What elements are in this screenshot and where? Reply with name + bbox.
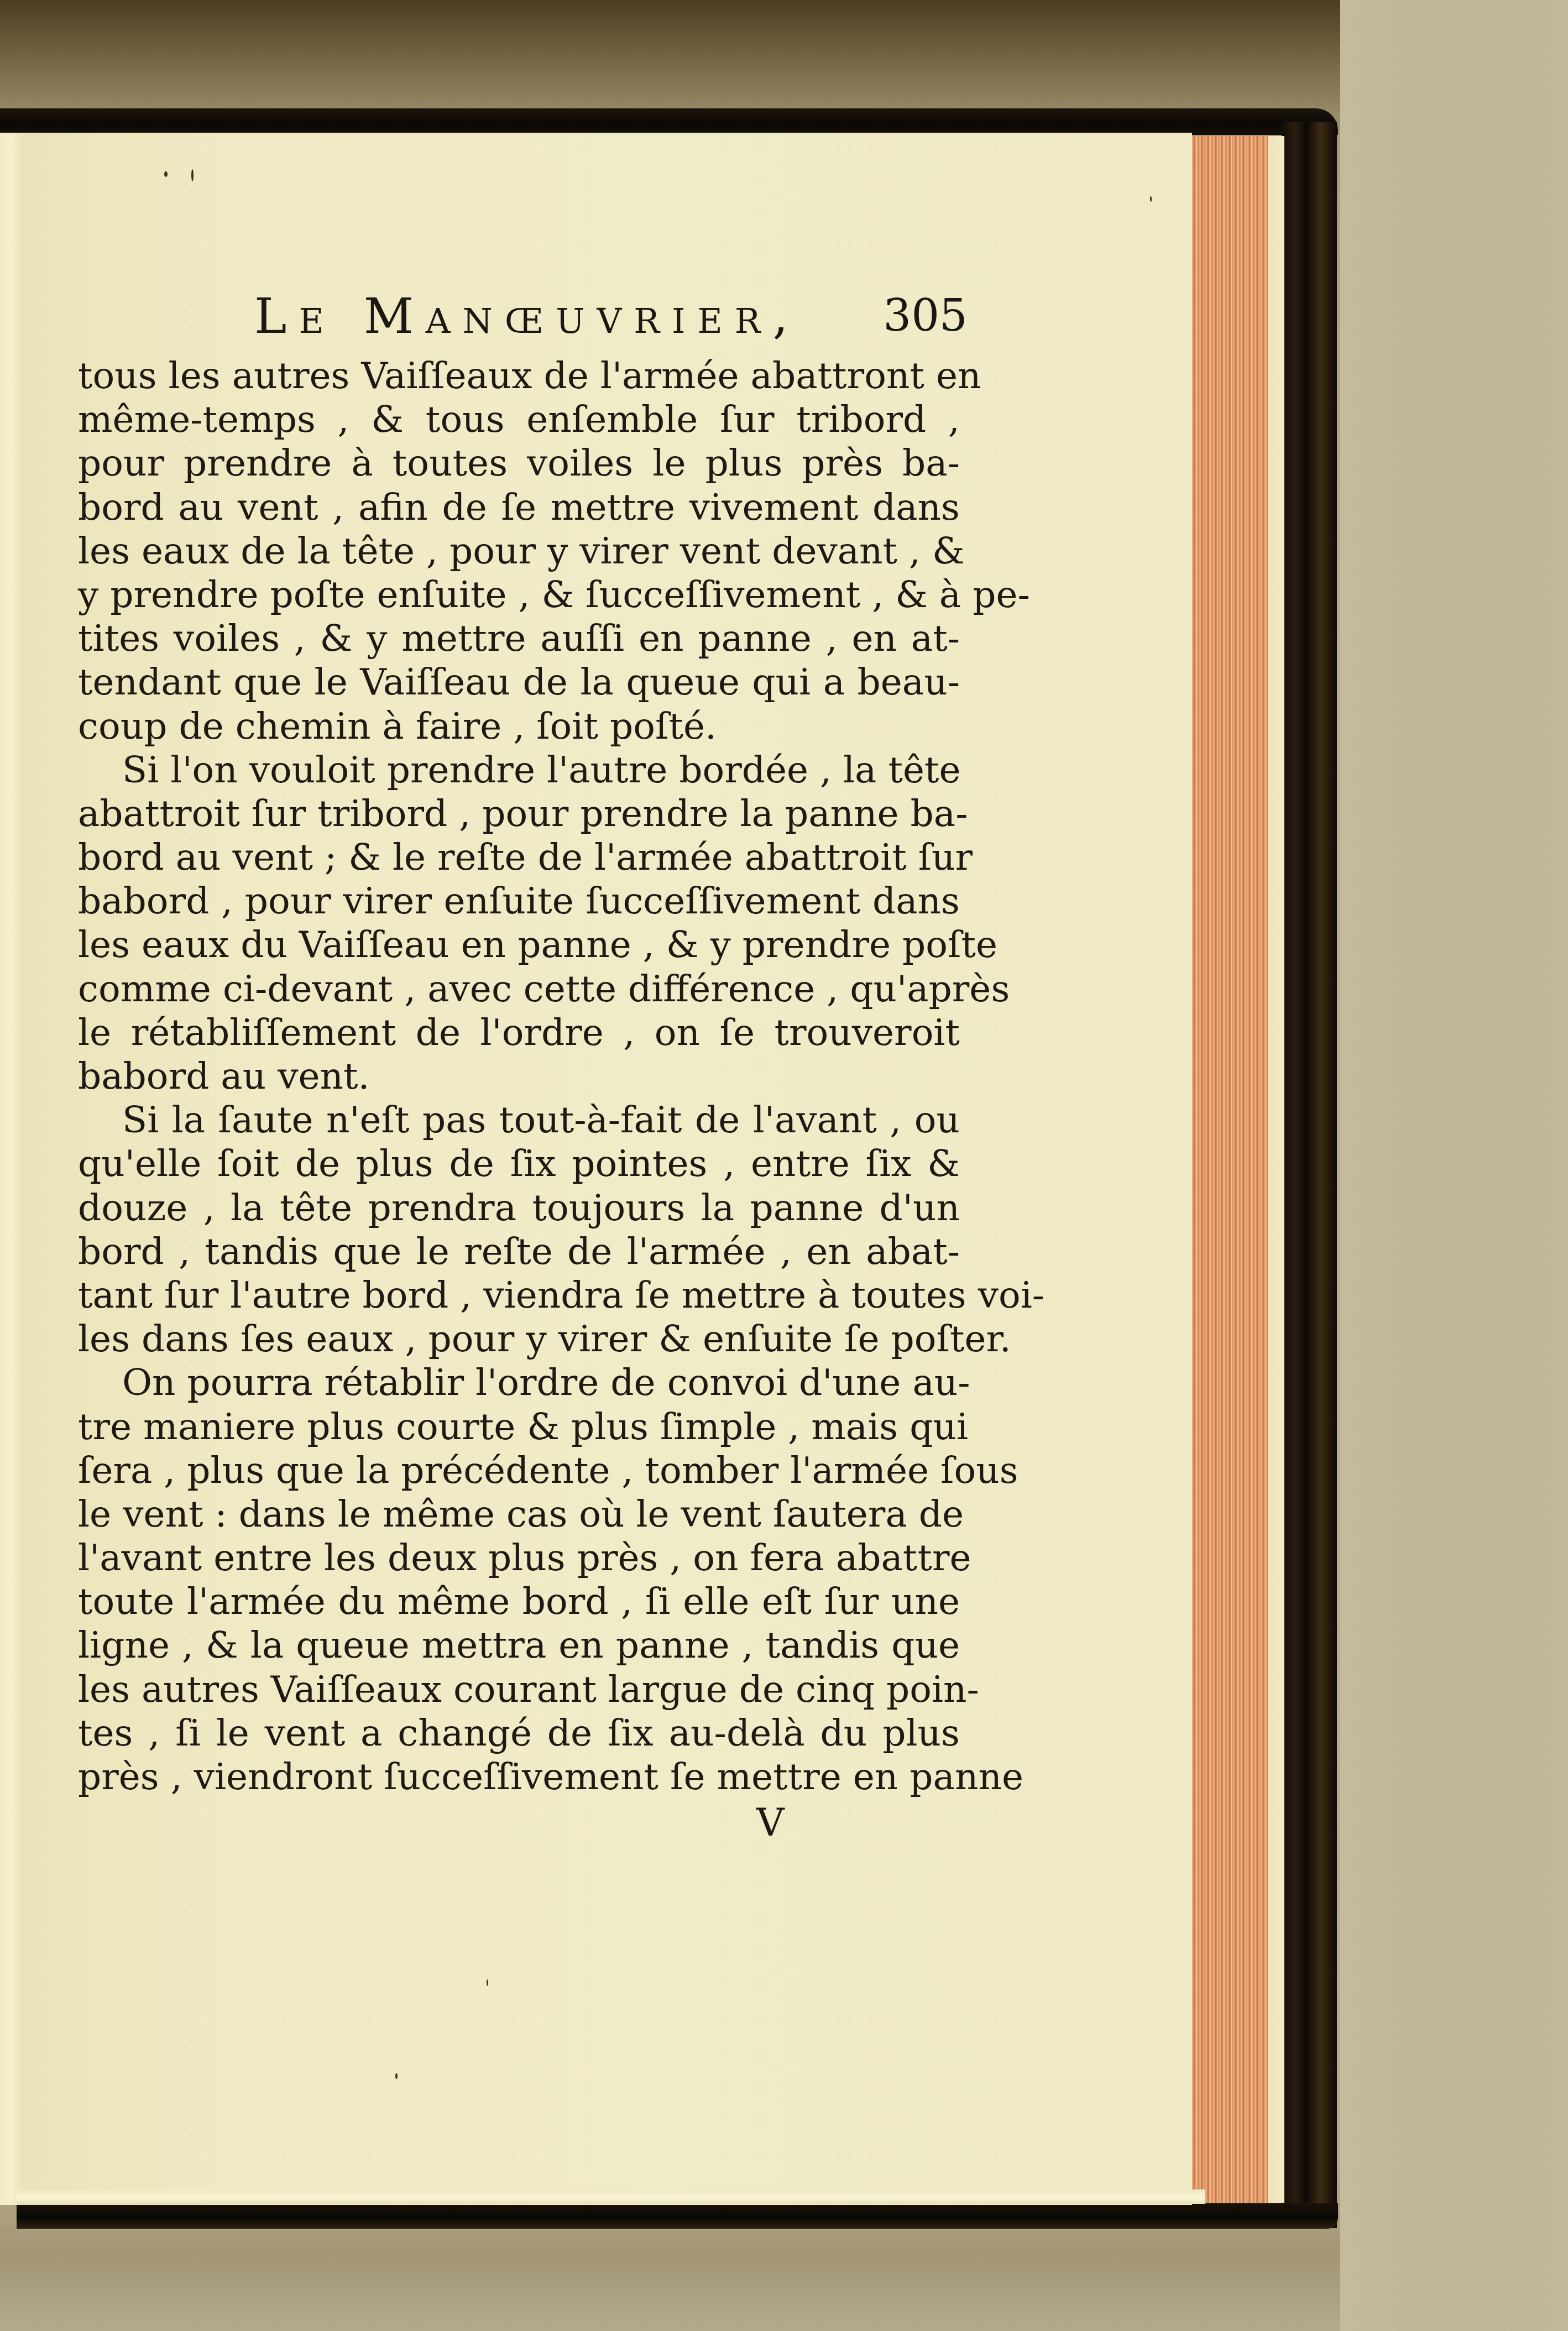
body-text: tous les autres Vaiſſeaux de l'armée aba…: [78, 354, 960, 1799]
book-cover-bottom-edge: [17, 2203, 1338, 2229]
paper-speck: [191, 169, 194, 181]
text-line: pour prendre à toutes voiles le plus prè…: [78, 441, 960, 485]
text-line: comme ci-devant , avec cette différence …: [78, 967, 960, 1011]
paper-speck: [1150, 196, 1152, 202]
page-block-red-edges: [1190, 136, 1284, 2203]
text-line: bord , tandis que le reſte de l'armée , …: [78, 1230, 960, 1273]
paper-speck: [395, 2073, 398, 2079]
book-cover-fore-edge: [1282, 122, 1337, 2228]
text-line: bord au vent , afin de ſe mettre vivemen…: [78, 485, 960, 529]
text-line: les autres Vaiſſeaux courant largue de c…: [78, 1668, 960, 1711]
text-line: le vent : dans le même cas où le vent ſa…: [78, 1492, 960, 1536]
text-line: tendant que le Vaiſſeau de la queue qui …: [78, 660, 960, 704]
text-line: le rétabliſſement de l'ordre , on ſe tro…: [78, 1011, 960, 1054]
text-line: toute l'armée du même bord , ſi elle eſt…: [78, 1580, 960, 1623]
text-line: tous les autres Vaiſſeaux de l'armée aba…: [78, 354, 960, 398]
page-bottom-edge: [17, 2189, 1205, 2204]
text-line: qu'elle ſoit de plus de ſix pointes , en…: [78, 1142, 960, 1185]
text-line: les eaux de la tête , pour y virer vent …: [78, 529, 960, 573]
paper-speck: [487, 1979, 488, 1986]
text-line: tes , ſi le vent a changé de ſix au-delà…: [78, 1711, 960, 1755]
paper-speck: [164, 171, 168, 177]
text-line: les eaux du Vaiſſeau en panne , & y pren…: [78, 923, 960, 966]
running-head: Le Manœuvrier, 305: [254, 288, 968, 343]
text-line: même-temps , & tous enſemble ſur tribord…: [78, 398, 960, 441]
book-cover-top-edge: [0, 108, 1338, 135]
text-line: abattroit ſur tribord , pour prendre la …: [78, 792, 960, 835]
text-line: l'avant entre les deux plus près , on fe…: [78, 1536, 960, 1580]
running-title: Le Manœuvrier,: [254, 288, 800, 344]
text-line: ſera , plus que la précédente , tomber l…: [78, 1449, 960, 1492]
signature-mark: V: [756, 1800, 785, 1845]
text-line: tant ſur l'autre bord , viendra ſe mettr…: [78, 1273, 960, 1317]
text-line: Si l'on vouloit prendre l'autre bordée ,…: [78, 748, 960, 792]
text-line: bord au vent ; & le reſte de l'armée aba…: [78, 835, 960, 879]
text-line: babord au vent.: [78, 1054, 960, 1098]
text-line: tre maniere plus courte & plus ſimple , …: [78, 1405, 960, 1449]
text-line: tites voiles , & y mettre auſſi en panne…: [78, 616, 960, 660]
text-line: coup de chemin à faire , ſoit poſté.: [78, 704, 960, 748]
page-number: 305: [883, 290, 968, 341]
text-line: ligne , & la queue mettra en panne , tan…: [78, 1623, 960, 1667]
text-line: On pourra rétablir l'ordre de convoi d'u…: [78, 1361, 960, 1404]
text-line: y prendre poſte enſuite , & ſucceſſiveme…: [78, 573, 960, 616]
text-line: près , viendront ſucceſſivement ſe mettr…: [78, 1755, 960, 1799]
text-line: douze , la tête prendra toujours la pann…: [78, 1186, 960, 1230]
text-line: babord , pour virer enſuite ſucceſſiveme…: [78, 879, 960, 923]
text-line: les dans ſes eaux , pour y virer & enſui…: [78, 1317, 960, 1361]
text-line: Si la ſaute n'eſt pas tout-à-fait de l'a…: [78, 1098, 960, 1142]
background-surface: [1340, 0, 1568, 2331]
